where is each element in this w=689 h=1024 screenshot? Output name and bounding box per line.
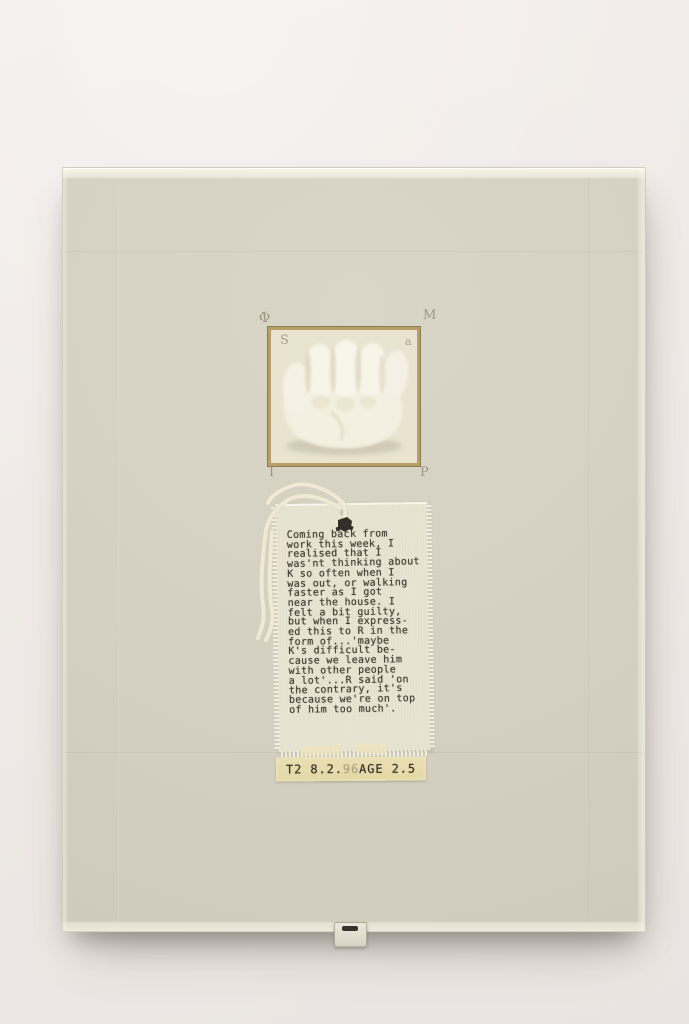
gallery-wall: Φ M S a I P Coming back from work this w… bbox=[0, 0, 689, 1024]
plaster-hand-cast bbox=[271, 330, 417, 463]
cast-window bbox=[268, 327, 420, 466]
hanging-charm bbox=[336, 517, 354, 532]
date-label-faded: 96 bbox=[343, 762, 359, 776]
torn-paper-scrap bbox=[300, 745, 342, 755]
tag-string bbox=[250, 472, 380, 652]
frame-letter-m: M bbox=[423, 309, 436, 322]
latch bbox=[334, 922, 367, 947]
frame-letter-phi: Φ bbox=[258, 310, 271, 325]
reflection-line bbox=[588, 178, 589, 922]
date-label-text: AGE 2.5 bbox=[359, 762, 416, 776]
reflection-line bbox=[118, 178, 119, 922]
frame-letter-p: P bbox=[420, 466, 429, 479]
note-line: of him too much'. bbox=[289, 704, 425, 716]
reflection-line bbox=[63, 251, 643, 252]
date-label-text: T2 8.2. bbox=[286, 762, 343, 776]
torn-paper-scrap bbox=[356, 742, 387, 755]
latch-slot bbox=[342, 926, 358, 931]
frame-letter-a: a bbox=[405, 336, 412, 347]
frame-letter-s: S bbox=[280, 334, 289, 347]
date-label: T2 8.2.96 AGE 2.5 bbox=[276, 756, 426, 781]
